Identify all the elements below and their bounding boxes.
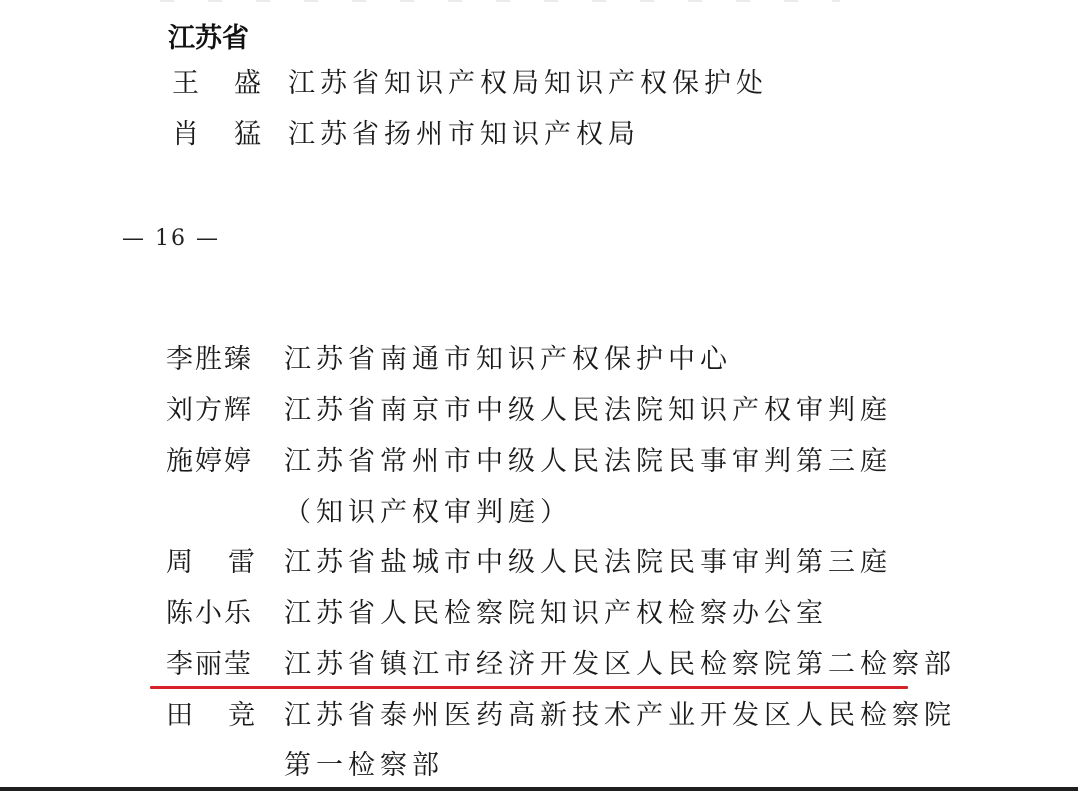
person-name: 田竞 (166, 696, 276, 736)
person-name: 肖猛 (172, 115, 282, 155)
organization: 江苏省盐城市中级人民法院民事审判第三庭 (284, 543, 892, 583)
organization: 江苏省泰州医药高新技术产业开发区人民检察院 (284, 696, 956, 736)
person-name: 李胜臻 (166, 340, 276, 380)
organization: 江苏省人民检察院知识产权检察办公室 (284, 594, 828, 634)
organization: 江苏省常州市中级人民法院民事审判第三庭 (284, 442, 892, 482)
organization-continuation: （知识产权审判庭） (284, 493, 572, 533)
person-name: 陈小乐 (166, 594, 276, 634)
cropped-text-line (160, 0, 840, 2)
organization: 江苏省扬州市知识产权局 (288, 115, 640, 155)
organization-continuation: 第一检察部 (284, 746, 444, 786)
organization: 江苏省镇江市经济开发区人民检察院第二检察部 (284, 645, 956, 685)
person-name: 周雷 (166, 543, 276, 583)
organization: 江苏省知识产权局知识产权保护处 (288, 64, 768, 104)
section-heading-province: 江苏省 (168, 16, 249, 55)
red-underline-annotation (150, 686, 908, 689)
person-name: 李丽莹 (166, 645, 276, 685)
page-number: — 16 — (122, 224, 220, 254)
person-name: 王盛 (172, 64, 282, 104)
organization: 江苏省南通市知识产权保护中心 (284, 340, 732, 380)
document-page: 江苏省 王盛 江苏省知识产权局知识产权保护处 肖猛 江苏省扬州市知识产权局 — … (0, 0, 1078, 791)
organization: 江苏省南京市中级人民法院知识产权审判庭 (284, 391, 892, 431)
person-name: 刘方辉 (166, 391, 276, 431)
bottom-border-divider (0, 787, 1078, 791)
person-name: 施婷婷 (166, 442, 276, 482)
